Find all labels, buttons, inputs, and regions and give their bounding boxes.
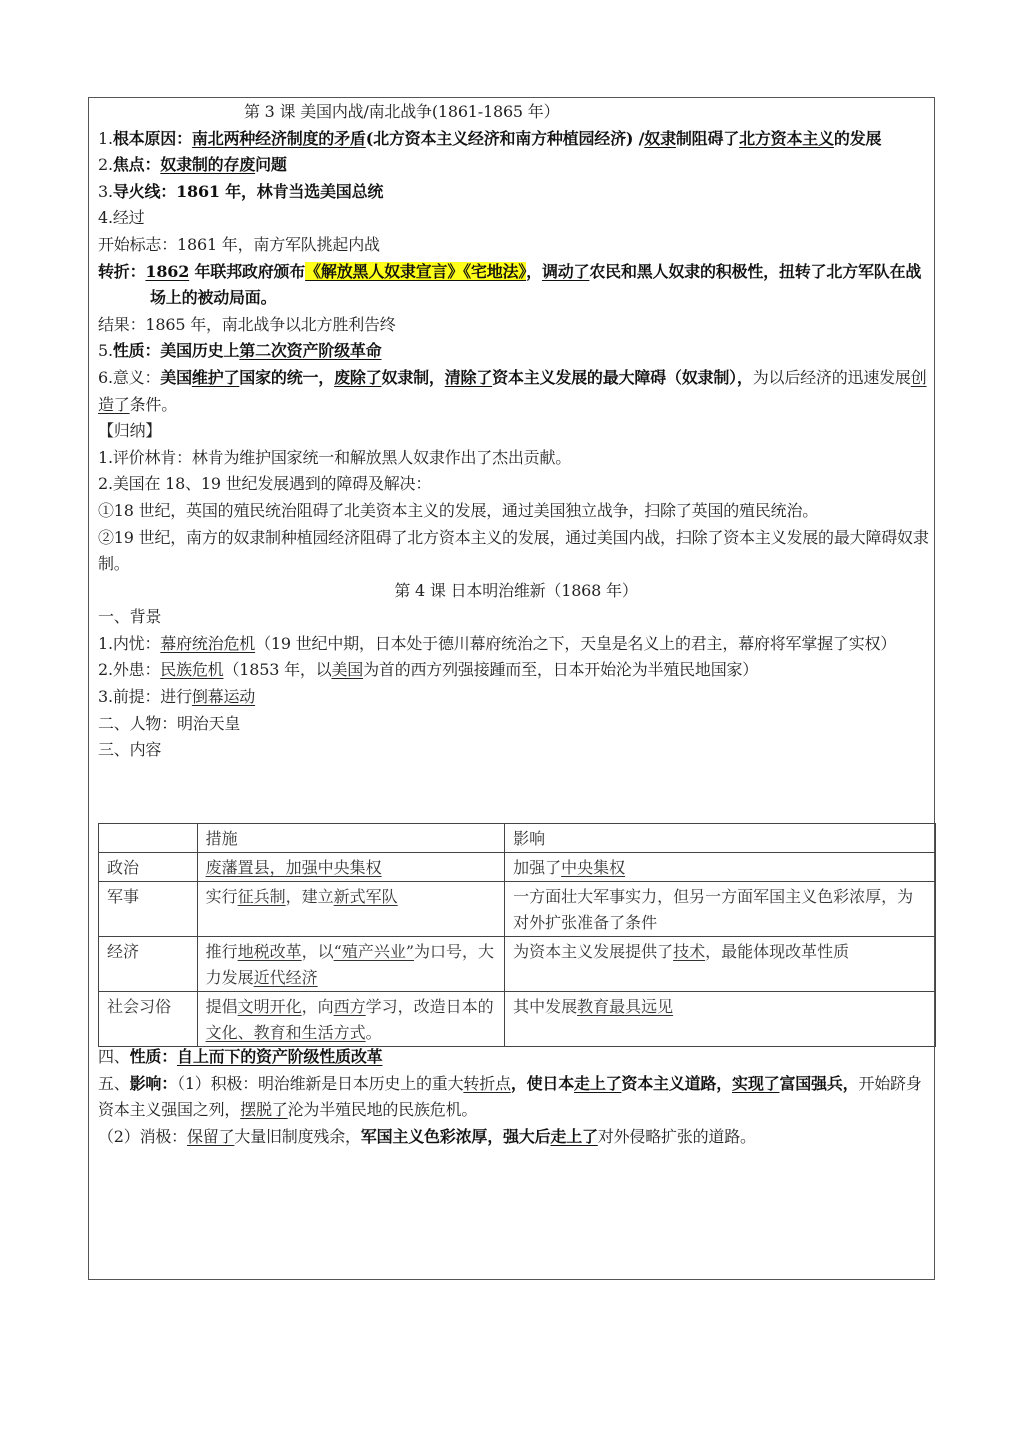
text-segment: 清除了 — [445, 368, 492, 387]
text-segment: 。 — [366, 1023, 382, 1042]
text-segment: 废除了 — [334, 368, 381, 387]
text-segment: 问题 — [255, 155, 287, 174]
text-segment: 焦点： — [113, 155, 160, 174]
text-segment: ，以 — [302, 942, 334, 961]
text-segment: 幕府统治危机 — [160, 634, 255, 653]
table-row: 社会习俗提倡文明开化，向西方学习，改造日本的文化、教育和生活方式。其中发展教育最… — [99, 992, 936, 1047]
text-segment: 教育最具远见 — [577, 997, 673, 1016]
text-segment: 转折点 — [463, 1074, 510, 1093]
text-segment: 性质：美国历史上 — [113, 341, 239, 360]
text-segment: 西方 — [334, 997, 366, 1016]
area-cell: 社会习俗 — [99, 992, 198, 1047]
text-segment: ②19 世纪，南方的奴隶制种植园经济阻碍了北方资本主义的发展，通过美国内战，扫除… — [98, 528, 929, 574]
line-nature: 5.性质：美国历史上第二次资产阶级革命 — [98, 338, 934, 365]
line-lincoln: 1.评价林肯：林肯为维护国家统一和解放黑人奴隶作出了杰出贡献。 — [98, 445, 934, 472]
text-segment: 为资本主义发展提供了 — [513, 942, 673, 961]
line-bg: 一、背景 — [98, 604, 934, 631]
text-segment: ，建立 — [286, 887, 334, 906]
line-focus: 2.焦点：奴隶制的存废问题 — [98, 152, 934, 179]
text-segment: (北方资本主义经济和南方种植园经济) / — [366, 129, 645, 148]
measure-cell: 实行征兵制，建立新式军队 — [197, 882, 504, 937]
text-segment: 加强了 — [513, 858, 561, 877]
text-segment: 3.前提：进行 — [98, 687, 192, 706]
line-start: 开始标志：1861 年，南方军队挑起内战 — [98, 232, 934, 259]
text-segment: （19 世纪中期，日本处于德川幕府统治之下，天皇是名义上的君主，幕府将军掌握了实… — [255, 634, 896, 653]
text-segment: 为首的西方列强接踵而至，日本开始沦为半殖民地国家） — [363, 660, 758, 679]
line-contents: 三、内容 — [98, 737, 934, 764]
lesson3-section: 第 3 课 美国内战/南北战争(1861-1865 年） 1.根本原因：南北两种… — [98, 99, 934, 764]
measure-cell: 废藩置县，加强中央集权 — [197, 853, 504, 882]
text-segment: 对外扩张准备了条件 — [513, 913, 657, 932]
text-segment: 文化、教育和生活方式 — [206, 1023, 366, 1042]
text-segment: 根本原因： — [113, 129, 192, 148]
text-segment: 一、背景 — [98, 607, 161, 626]
text-segment: 1.内忧： — [98, 634, 160, 653]
text-segment: 奴隶 — [644, 129, 676, 148]
table-header-row: 措施影响 — [99, 824, 936, 853]
line-premise: 3.前提：进行倒幕运动 — [98, 684, 934, 711]
text-segment: 其中发展 — [513, 997, 577, 1016]
text-segment: 国家的统一， — [239, 368, 334, 387]
line-c18: ①18 世纪，英国的殖民统治阻碍了北美资本主义的发展，通过美国独立战争，扫除了英… — [98, 498, 934, 525]
text-segment: 地税改革 — [238, 942, 302, 961]
text-segment: 导火线：1861 年，林肯当选美国总统 — [113, 182, 383, 201]
text-segment: 提倡 — [206, 997, 238, 1016]
text-segment: 实行 — [206, 887, 238, 906]
text-segment: 性质： — [130, 1047, 177, 1066]
text-segment: 中央集权 — [561, 858, 625, 877]
text-segment: 推行 — [206, 942, 238, 961]
line-obstacles: 2.美国在 18、19 世纪发展遇到的障碍及解决： — [98, 471, 934, 498]
text-segment: 的发展 — [834, 129, 881, 148]
line-character: 四、性质：自上而下的资产阶级性质改革 — [98, 1044, 934, 1071]
text-segment: 三、内容 — [98, 740, 161, 759]
text-segment: 二、人物：明治天皇 — [98, 714, 240, 733]
table-row: 经济推行地税改革，以“殖产兴业”为口号，大力发展近代经济为资本主义发展提供了技术… — [99, 937, 936, 992]
line-figure: 二、人物：明治天皇 — [98, 711, 934, 738]
column-header: 影响 — [505, 824, 936, 853]
line-c19: ②19 世纪，南方的奴隶制种植园经济阻碍了北方资本主义的发展，通过美国内战，扫除… — [98, 525, 934, 578]
lesson4-conclusion: 四、性质：自上而下的资产阶级性质改革五、影响：（1）积极：明治维新是日本历史上的… — [98, 1044, 934, 1150]
text-segment: 文明开化 — [238, 997, 302, 1016]
text-segment: 结果：1865 年，南北战争以北方胜利告终 — [98, 315, 396, 334]
text-segment: 维护了 — [192, 368, 239, 387]
line-result: 结果：1865 年，南北战争以北方胜利告终 — [98, 312, 934, 339]
text-segment: ①18 世纪，英国的殖民统治阻碍了北美资本主义的发展，通过美国独立战争，扫除了英… — [98, 501, 818, 520]
text-segment: 实现了 — [732, 1074, 779, 1093]
text-segment: 走上了 — [550, 1127, 597, 1146]
text-segment: 美国 — [332, 660, 364, 679]
measure-cell: 推行地税改革，以“殖产兴业”为口号，大力发展近代经济 — [197, 937, 504, 992]
text-segment: 近代经济 — [254, 968, 318, 987]
text-segment: 1.评价林肯：林肯为维护国家统一和解放黑人奴隶作出了杰出贡献。 — [98, 448, 571, 467]
text-segment: 奴隶制的存废 — [160, 155, 255, 174]
text-segment: 征兵制 — [238, 887, 286, 906]
text-segment: 富国强兵， — [779, 1074, 858, 1093]
text-segment: 2.美国在 18、19 世纪发展遇到的障碍及解决： — [98, 474, 431, 493]
text-segment: 新式军队 — [334, 887, 398, 906]
text-segment: 1. — [98, 129, 113, 148]
line-significance: 6.意义：美国维护了国家的统一，废除了奴隶制，清除了资本主义发展的最大障碍（奴隶… — [98, 365, 934, 418]
text-segment: 军国主义色彩浓厚，强大后 — [361, 1127, 551, 1146]
text-segment: “殖产兴业” — [334, 942, 414, 961]
text-segment: 倒幕运动 — [192, 687, 255, 706]
text-segment: （2）消极： — [98, 1127, 187, 1146]
text-segment: ，向 — [302, 997, 334, 1016]
line-impact-pos: 五、影响：（1）积极：明治维新是日本历史上的重大转折点，使日本走上了资本主义道路… — [98, 1071, 934, 1124]
text-segment: 自上而下的资产阶级性质改革 — [177, 1047, 382, 1066]
text-segment: 走上了 — [574, 1074, 621, 1093]
impact-cell: 为资本主义发展提供了技术，最能体现改革性质 — [505, 937, 936, 992]
area-cell: 政治 — [99, 853, 198, 882]
lesson3-title: 第 3 课 美国内战/南北战争(1861-1865 年） — [98, 99, 934, 126]
text-segment: 《解放黑人奴隶宣言》《宅地法》 — [305, 262, 526, 281]
lesson4-title: 第 4 课 日本明治维新（1868 年） — [98, 578, 934, 605]
text-segment: 年联邦政府颁布 — [189, 262, 305, 281]
text-segment: 制阻碍了 — [676, 129, 739, 148]
text-segment: 【归纳】 — [98, 421, 161, 440]
text-segment: （1）积极：明治维新是日本历史上的重大 — [177, 1074, 463, 1093]
line-turning: 转折：1862 年联邦政府颁布《解放黑人奴隶宣言》《宅地法》，调动了农民和黑人奴… — [98, 259, 934, 312]
lesson4-after-table: 四、性质：自上而下的资产阶级性质改革五、影响：（1）积极：明治维新是日本历史上的… — [98, 1044, 934, 1150]
text-segment: 对外侵略扩张的道路。 — [598, 1127, 756, 1146]
text-segment: 摆脱了 — [240, 1100, 287, 1119]
text-segment: 学习，改造日本的 — [366, 997, 494, 1016]
text-segment: 1862 — [145, 262, 189, 281]
text-segment: 条件。 — [130, 395, 177, 414]
line-summary: 【归纳】 — [98, 418, 934, 445]
line-cause: 1.根本原因：南北两种经济制度的矛盾(北方资本主义经济和南方种植园经济) /奴隶… — [98, 126, 934, 153]
text-segment: 2. — [98, 155, 113, 174]
column-header — [99, 824, 198, 853]
lesson4-body: 一、背景1.内忧：幕府统治危机（19 世纪中期，日本处于德川幕府统治之下，天皇是… — [98, 604, 934, 764]
text-segment: 资本主义道路， — [621, 1074, 732, 1093]
column-header: 措施 — [197, 824, 504, 853]
table-row: 政治废藩置县，加强中央集权加强了中央集权 — [99, 853, 936, 882]
impact-cell: 加强了中央集权 — [505, 853, 936, 882]
lesson3-body: 1.根本原因：南北两种经济制度的矛盾(北方资本主义经济和南方种植园经济) /奴隶… — [98, 126, 934, 578]
line-trigger: 3.导火线：1861 年，林肯当选美国总统 — [98, 179, 934, 206]
text-segment: 大量旧制度残余， — [234, 1127, 360, 1146]
measure-cell: 提倡文明开化，向西方学习，改造日本的文化、教育和生活方式。 — [197, 992, 504, 1047]
text-segment: 第二次资产阶级革命 — [239, 341, 381, 360]
impact-cell: 一方面壮大军事实力，但另一方面军国主义色彩浓厚，为对外扩张准备了条件 — [505, 882, 936, 937]
reform-measures-table: 措施影响政治废藩置县，加强中央集权加强了中央集权军事实行征兵制，建立新式军队一方… — [98, 823, 936, 1047]
text-segment: 民族危机 — [160, 660, 223, 679]
text-segment: （1853 年，以 — [223, 660, 331, 679]
text-segment: 转折： — [98, 262, 145, 281]
text-segment: 开始标志：1861 年，南方军队挑起内战 — [98, 235, 380, 254]
text-segment: 一方面壮大军事实力，但另一方面军国主义色彩浓厚，为 — [513, 887, 913, 906]
text-segment: 2.外患： — [98, 660, 160, 679]
text-segment: 技术 — [673, 942, 705, 961]
text-segment: ，最能体现改革性质 — [705, 942, 849, 961]
text-segment: 6.意义： — [98, 368, 160, 387]
text-segment: 5. — [98, 341, 113, 360]
text-segment: 3. — [98, 182, 113, 201]
text-segment: 调动了 — [542, 262, 589, 281]
text-segment: 美国 — [160, 368, 192, 387]
text-segment: 沦为半殖民地的民族危机。 — [288, 1100, 478, 1119]
area-cell: 军事 — [99, 882, 198, 937]
table-row: 军事实行征兵制，建立新式军队一方面壮大军事实力，但另一方面军国主义色彩浓厚，为对… — [99, 882, 936, 937]
area-cell: 经济 — [99, 937, 198, 992]
text-segment: 资本主义发展的最大障碍（奴隶制）， — [492, 368, 753, 387]
text-segment: 四、 — [98, 1047, 130, 1066]
text-segment: ， — [526, 262, 542, 281]
text-segment: 北方资本主义 — [739, 129, 834, 148]
text-segment: 为以后经济的迅速发展 — [753, 368, 911, 387]
line-internal: 1.内忧：幕府统治危机（19 世纪中期，日本处于德川幕府统治之下，天皇是名义上的… — [98, 631, 934, 658]
text-segment: ，使日本 — [511, 1074, 574, 1093]
impact-cell: 其中发展教育最具远见 — [505, 992, 936, 1047]
text-segment: 废藩置县，加强中央集权 — [206, 858, 382, 877]
text-segment: 南北两种经济制度的矛盾 — [192, 129, 366, 148]
line-impact-neg: （2）消极：保留了大量旧制度残余，军国主义色彩浓厚，强大后走上了对外侵略扩张的道… — [98, 1124, 934, 1151]
line-external: 2.外患：民族危机（1853 年，以美国为首的西方列强接踵而至，日本开始沦为半殖… — [98, 657, 934, 684]
text-segment: 影响： — [130, 1074, 177, 1093]
text-segment: 4.经过 — [98, 208, 144, 227]
text-segment: 保留了 — [187, 1127, 234, 1146]
text-segment: 五、 — [98, 1074, 130, 1093]
text-segment: 奴隶制， — [382, 368, 445, 387]
line-process: 4.经过 — [98, 205, 934, 232]
